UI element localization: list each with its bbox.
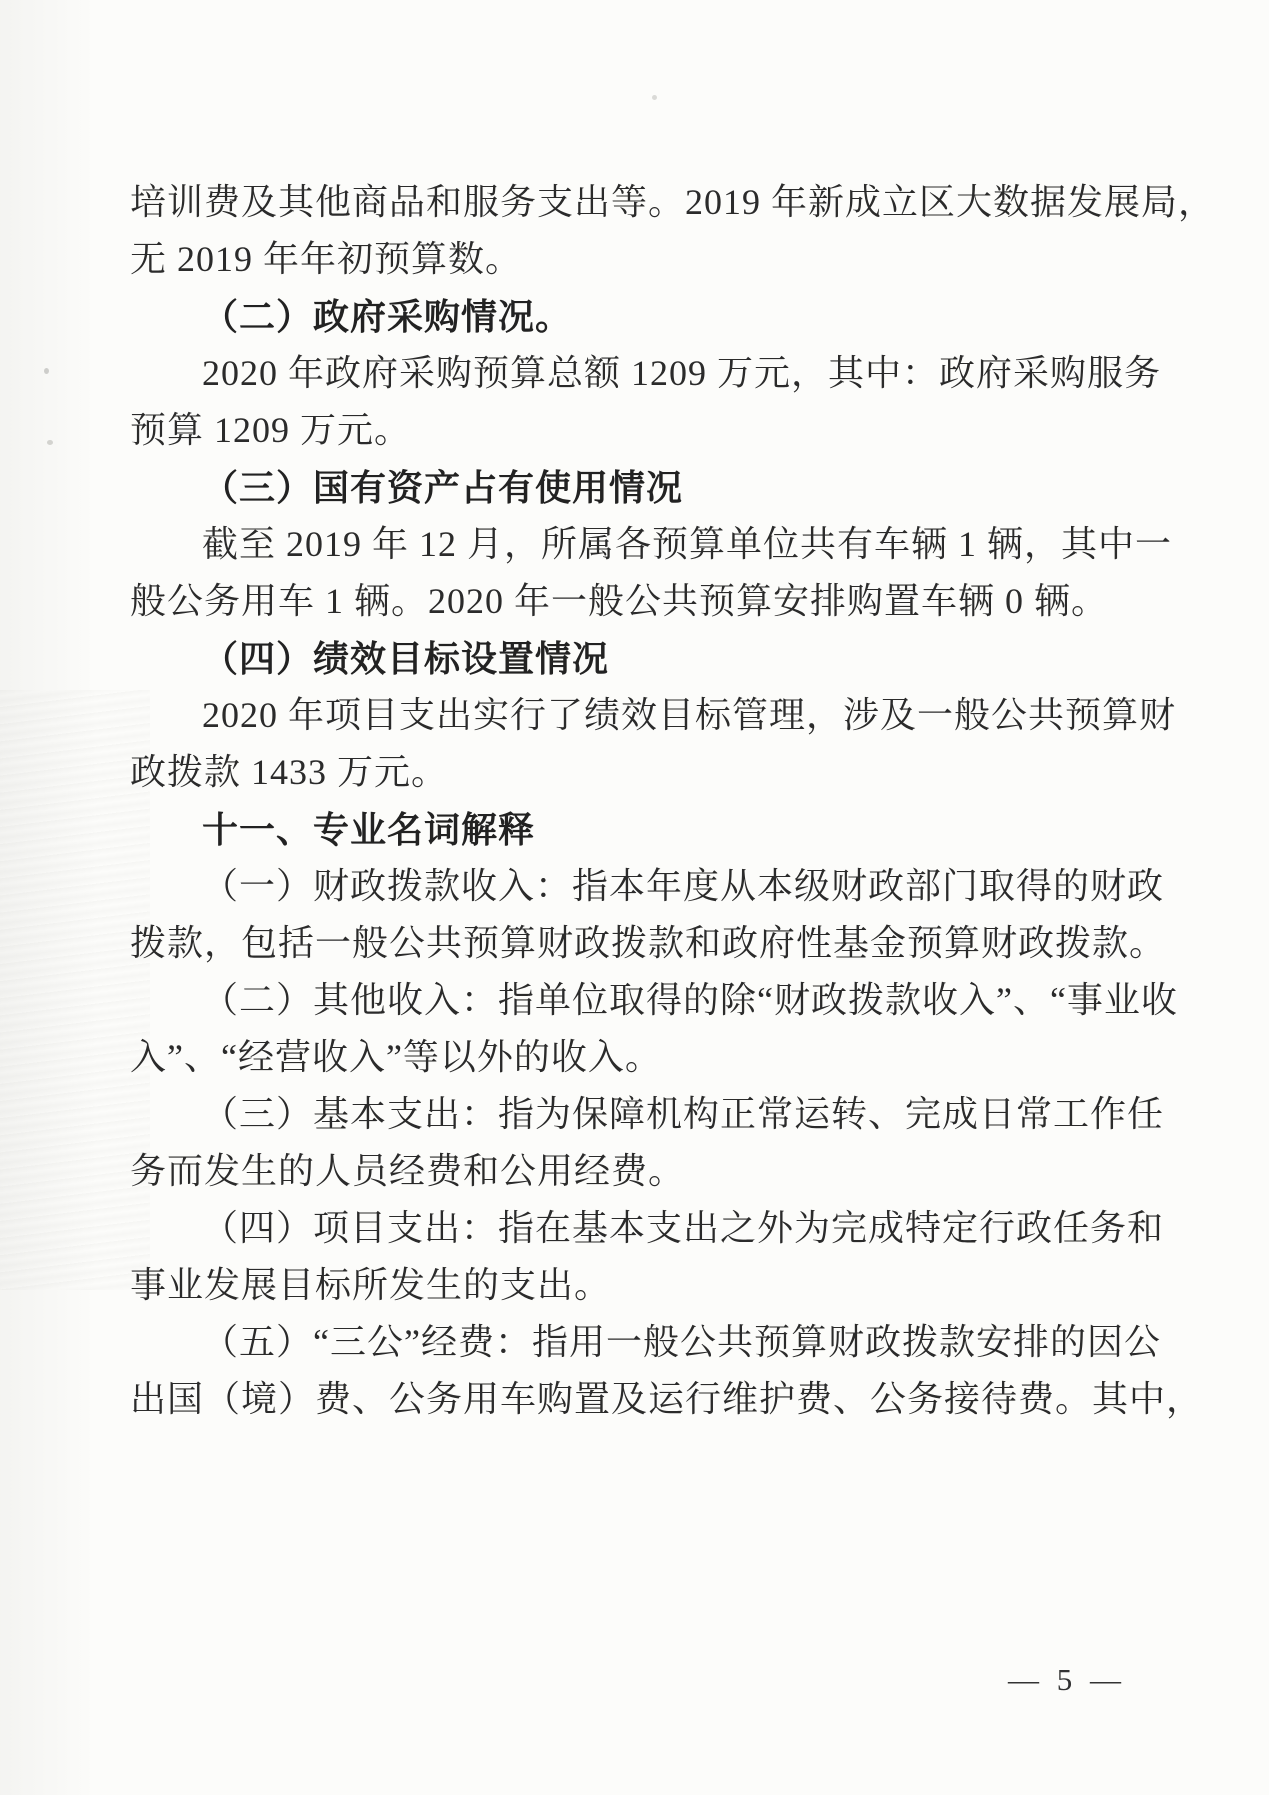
heading-line: （二）政府采购情况。: [130, 288, 1135, 345]
text-line: 培训费及其他商品和服务支出等。2019 年新成立区大数据发展局，: [130, 174, 1135, 231]
text-column: 培训费及其他商品和服务支出等。2019 年新成立区大数据发展局， 无 2019 …: [130, 174, 1135, 1428]
document-page: 培训费及其他商品和服务支出等。2019 年新成立区大数据发展局， 无 2019 …: [0, 0, 1269, 1795]
scan-edge-shade: [0, 0, 120, 1795]
text-line: 入”、“经营收入”等以外的收入。: [130, 1029, 1135, 1086]
text-line: 截至 2019 年 12 月，所属各预算单位共有车辆 1 辆，其中一: [130, 516, 1135, 573]
text-line: 预算 1209 万元。: [130, 402, 1135, 459]
heading-line: （四）绩效目标设置情况: [130, 630, 1135, 687]
text-line: （四）项目支出：指在基本支出之外为完成特定行政任务和: [130, 1200, 1135, 1257]
text-line: 拨款，包括一般公共预算财政拨款和政府性基金预算财政拨款。: [130, 915, 1135, 972]
text-line: 般公务用车 1 辆。2020 年一般公共预算安排购置车辆 0 辆。: [130, 573, 1135, 630]
scan-speck: [44, 368, 49, 374]
scan-speck: [47, 440, 53, 445]
text-line: 政拨款 1433 万元。: [130, 744, 1135, 801]
heading-line: 十一、专业名词解释: [130, 801, 1135, 858]
text-line: （五）“三公”经费：指用一般公共预算财政拨款安排的因公: [130, 1314, 1135, 1371]
text-line: （三）基本支出：指为保障机构正常运转、完成日常工作任: [130, 1086, 1135, 1143]
text-line: 务而发生的人员经费和公用经费。: [130, 1143, 1135, 1200]
text-line: （二）其他收入：指单位取得的除“财政拨款收入”、“事业收: [130, 972, 1135, 1029]
text-line: 无 2019 年年初预算数。: [130, 231, 1135, 288]
text-line: 2020 年政府采购预算总额 1209 万元，其中：政府采购服务: [130, 345, 1135, 402]
text-line: 事业发展目标所发生的支出。: [130, 1257, 1135, 1314]
scan-speck: [652, 95, 657, 100]
text-line: （一）财政拨款收入：指本年度从本级财政部门取得的财政: [130, 858, 1135, 915]
text-line: 出国（境）费、公务用车购置及运行维护费、公务接待费。其中，: [130, 1371, 1135, 1428]
text-line: 2020 年项目支出实行了绩效目标管理，涉及一般公共预算财: [130, 687, 1135, 744]
heading-line: （三）国有资产占有使用情况: [130, 459, 1135, 516]
scan-noise-band: [0, 690, 150, 1290]
page-number: — 5 —: [1008, 1662, 1126, 1698]
